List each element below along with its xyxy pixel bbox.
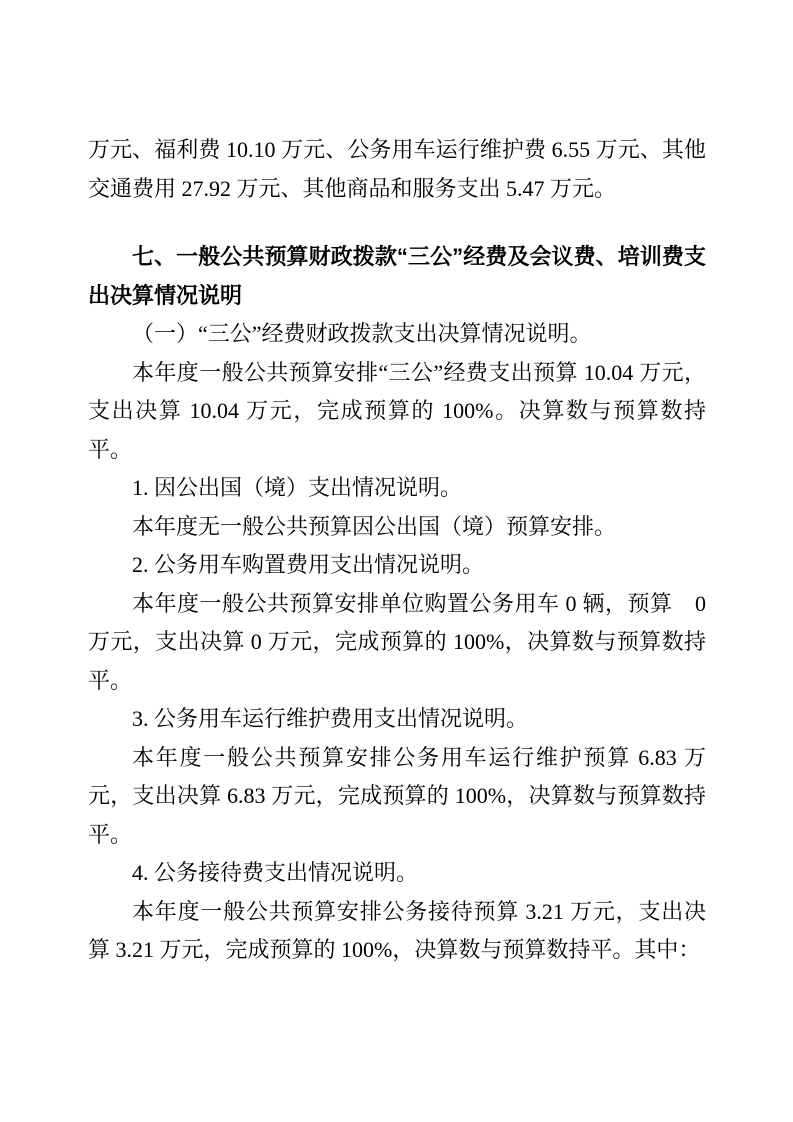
section-heading: 七、一般公共预算财政拨款“三公”经费及会议费、培训费支出决算情况说明	[88, 238, 706, 315]
paragraph-sangong-total: 本年度一般公共预算安排“三公”经费支出预算 10.04 万元，支出决算 10.0…	[88, 354, 706, 470]
paragraph-reception: 本年度一般公共预算安排公务接待预算 3.21 万元，支出决算 3.21 万元，完…	[88, 893, 706, 970]
subsection-heading: （一）“三公”经费财政拨款支出决算情况说明。	[88, 315, 706, 354]
numbered-item-1: 1. 因公出国（境）支出情况说明。	[88, 469, 706, 508]
paragraph-vehicle-maintenance: 本年度一般公共预算安排公务用车运行维护预算 6.83 万元，支出决算 6.83 …	[88, 739, 706, 855]
numbered-item-2: 2. 公务用车购置费用支出情况说明。	[88, 546, 706, 585]
paragraph-abroad: 本年度无一般公共预算因公出国（境）预算安排。	[88, 508, 706, 547]
numbered-item-4: 4. 公务接待费支出情况说明。	[88, 854, 706, 893]
numbered-item-3: 3. 公务用车运行维护费用支出情况说明。	[88, 700, 706, 739]
document-page: 万元、福利费 10.10 万元、公务用车运行维护费 6.55 万元、其他交通费用…	[0, 0, 793, 1122]
paragraph-vehicle-purchase: 本年度一般公共预算安排单位购置公务用车 0 辆，预算 0 万元，支出决算 0 万…	[88, 585, 706, 701]
paragraph-continuation: 万元、福利费 10.10 万元、公务用车运行维护费 6.55 万元、其他交通费用…	[88, 131, 706, 208]
